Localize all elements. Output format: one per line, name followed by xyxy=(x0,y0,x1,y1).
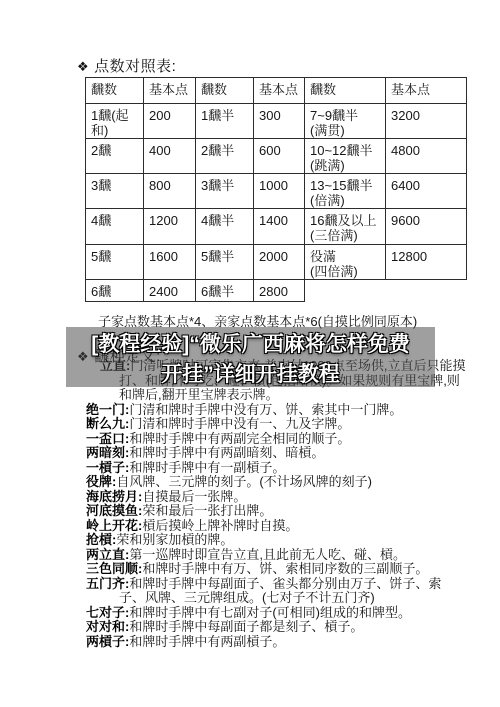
table-row: 4飜 1200 4飜半 1400 16飜及以上 (三倍满) 9600 xyxy=(86,209,467,245)
header-cell: 飜数 xyxy=(86,78,144,104)
definition-desc: 和牌时手牌中每副面子都是刻子、槓子。 xyxy=(129,619,363,634)
definition-desc: 和牌时手牌中有两副槓子。 xyxy=(129,634,285,649)
diamond-bullet-icon: ❖ xyxy=(77,59,89,74)
definition-item: 七对子:和牌时手牌中有七副对子(可相同)组成的和牌型。 xyxy=(86,606,467,621)
table-row: 6飜 2400 6飜半 2800 xyxy=(86,280,467,302)
definition-item: 河底摸鱼:荣和最后一张打出牌。 xyxy=(86,504,467,519)
watermark-line-1: [教程经验]“微乐广西麻将怎样免费 xyxy=(91,328,410,358)
definition-desc: 和牌时手牌中有一副槓子。 xyxy=(129,460,285,475)
table-cell: 2飜半 xyxy=(196,139,254,174)
points-table: 飜数 基本点 飜数 基本点 飜数 基本点 1飜(起和) 200 1飜半 300 … xyxy=(85,77,467,302)
table-header-row: 飜数 基本点 飜数 基本点 飜数 基本点 xyxy=(86,78,467,104)
definition-desc: 槓后摸岭上牌补牌时自摸。 xyxy=(142,518,298,533)
table-row: 1飜(起和) 200 1飜半 300 7~9飜半 (满贯) 3200 xyxy=(86,104,467,139)
table-cell: 5飜 xyxy=(86,245,144,280)
definition-term: 两立直: xyxy=(86,547,129,562)
definition-desc: 自摸最后一张牌。 xyxy=(142,489,246,504)
table-cell-empty xyxy=(305,280,386,302)
header-cell: 基本点 xyxy=(386,78,467,104)
definition-term: 岭上开花: xyxy=(86,518,142,533)
table-cell: 4飜半 xyxy=(196,209,254,245)
table-cell: 9600 xyxy=(386,209,467,245)
table-cell: 2飜 xyxy=(86,139,144,174)
table-cell: 1200 xyxy=(144,209,196,245)
definition-item: 两暗刻:和牌时手牌中有两副暗刻、暗槓。 xyxy=(86,446,467,461)
definition-item: 两立直:第一巡牌时即宣告立直,且此前无人吃、碰、槓。 xyxy=(86,548,467,563)
table-cell: 6400 xyxy=(386,174,467,209)
definition-term: 河底摸鱼: xyxy=(86,503,142,518)
definition-desc: 和牌时手牌中有两副完全相同的顺子。 xyxy=(129,431,350,446)
definition-term: 抢槓: xyxy=(86,532,116,547)
definition-desc: 和牌时手牌中有万、饼、索相同序数的三副顺子。 xyxy=(142,561,428,576)
definition-item: 一槓子:和牌时手牌中有一副槓子。 xyxy=(86,461,467,476)
definition-desc: 和牌时手牌中每副面子、雀头都分别由万子、饼子、索子、风牌、三元牌组成。(七对子不… xyxy=(119,576,441,606)
table-cell: 300 xyxy=(254,104,305,139)
table-cell: 2000 xyxy=(254,245,305,280)
definition-item: 一盃口:和牌时手牌中有两副完全相同的顺子。 xyxy=(86,432,467,447)
definition-term: 七对子: xyxy=(86,605,129,620)
definition-desc: 荣和别家加槓的牌。 xyxy=(116,532,233,547)
table-cell: 600 xyxy=(254,139,305,174)
fan-definitions-list: 立直:门清听牌时可宣告立直,并支付1000点至场供,立直后只能摸打、和牌,不可吃… xyxy=(86,359,467,649)
table-cell: 10~12飜半 (跳满) xyxy=(305,139,386,174)
header-cell: 飜数 xyxy=(196,78,254,104)
table-cell: 1600 xyxy=(144,245,196,280)
definition-item: 对对和:和牌时手牌中每副面子都是刻子、槓子。 xyxy=(86,620,467,635)
definition-item: 五门齐:和牌时手牌中每副面子、雀头都分别由万子、饼子、索子、风牌、三元牌组成。(… xyxy=(86,577,467,606)
definition-desc: 自风牌、三元牌的刻子。(不计场风牌的刻子) xyxy=(116,474,372,489)
table-cell-empty xyxy=(386,280,467,302)
header-cell: 飜数 xyxy=(305,78,386,104)
table-cell: 16飜及以上 (三倍满) xyxy=(305,209,386,245)
definition-item: 三色同顺:和牌时手牌中有万、饼、索相同序数的三副顺子。 xyxy=(86,562,467,577)
table-cell: 1400 xyxy=(254,209,305,245)
header-cell: 基本点 xyxy=(254,78,305,104)
definition-item: 两槓子:和牌时手牌中有两副槓子。 xyxy=(86,635,467,650)
table-cell: 400 xyxy=(144,139,196,174)
header-cell: 基本点 xyxy=(144,78,196,104)
table-cell: 1000 xyxy=(254,174,305,209)
definition-desc: 门清和牌时手牌中没有万、饼、索其中一门牌。 xyxy=(129,402,402,417)
table-cell: 1飜半 xyxy=(196,104,254,139)
table-cell: 200 xyxy=(144,104,196,139)
definition-item: 断么九:门清和牌时手牌中没有一、九及字牌。 xyxy=(86,417,467,432)
watermark-line-2: 开挂”详细开挂教程 xyxy=(161,358,340,388)
table-cell: 13~15飜半 (倍满) xyxy=(305,174,386,209)
table-row: 2飜 400 2飜半 600 10~12飜半 (跳满) 4800 xyxy=(86,139,467,174)
table-cell: 4800 xyxy=(386,139,467,174)
definition-term: 五门齐: xyxy=(86,576,129,591)
definition-term: 对对和: xyxy=(86,619,129,634)
table-cell: 800 xyxy=(144,174,196,209)
table-cell: 3200 xyxy=(386,104,467,139)
table-row: 5飜 1600 5飜半 2000 役滿 (四倍满) 12800 xyxy=(86,245,467,280)
document-page: ❖点数对照表: 飜数 基本点 飜数 基本点 飜数 基本点 1飜(起和) 200 … xyxy=(0,0,500,707)
definition-item: 岭上开花:槓后摸岭上牌补牌时自摸。 xyxy=(86,519,467,534)
definition-desc: 门清和牌时手牌中没有一、九及字牌。 xyxy=(129,416,350,431)
definition-term: 断么九: xyxy=(86,416,129,431)
watermark-overlay: [教程经验]“微乐广西麻将怎样免费 开挂”详细开挂教程 xyxy=(66,327,435,387)
definition-term: 一槓子: xyxy=(86,460,129,475)
table-cell: 5飜半 xyxy=(196,245,254,280)
definition-item: 抢槓:荣和别家加槓的牌。 xyxy=(86,533,467,548)
definition-desc: 荣和最后一张打出牌。 xyxy=(142,503,272,518)
table-row: 3飜 800 3飜半 1000 13~15飜半 (倍满) 6400 xyxy=(86,174,467,209)
definition-term: 两槓子: xyxy=(86,634,129,649)
points-table-heading: ❖点数对照表: xyxy=(77,55,176,76)
table-cell: 12800 xyxy=(386,245,467,280)
definition-term: 海底捞月: xyxy=(86,489,142,504)
table-cell: 役滿 (四倍满) xyxy=(305,245,386,280)
points-table-title: 点数对照表: xyxy=(94,58,176,75)
definition-desc: 和牌时手牌中有七副对子(可相同)组成的和牌型。 xyxy=(129,605,411,620)
definition-term: 两暗刻: xyxy=(86,445,129,460)
table-cell: 6飜半 xyxy=(196,280,254,302)
table-cell: 6飜 xyxy=(86,280,144,302)
table-cell: 3飜半 xyxy=(196,174,254,209)
definition-desc: 第一巡牌时即宣告立直,且此前无人吃、碰、槓。 xyxy=(129,547,406,562)
definition-item: 役牌:自风牌、三元牌的刻子。(不计场风牌的刻子) xyxy=(86,475,467,490)
table-cell: 1飜(起和) xyxy=(86,104,144,139)
definition-term: 役牌: xyxy=(86,474,116,489)
definition-term: 三色同顺: xyxy=(86,561,142,576)
table-cell: 7~9飜半 (满贯) xyxy=(305,104,386,139)
table-cell: 2400 xyxy=(144,280,196,302)
definition-term: 一盃口: xyxy=(86,431,129,446)
table-cell: 3飜 xyxy=(86,174,144,209)
definition-desc: 和牌时手牌中有两副暗刻、暗槓。 xyxy=(129,445,324,460)
table-cell: 4飜 xyxy=(86,209,144,245)
definition-item: 海底捞月:自摸最后一张牌。 xyxy=(86,490,467,505)
definition-term: 绝一门: xyxy=(86,402,129,417)
table-cell: 2800 xyxy=(254,280,305,302)
definition-item: 绝一门:门清和牌时手牌中没有万、饼、索其中一门牌。 xyxy=(86,403,467,418)
